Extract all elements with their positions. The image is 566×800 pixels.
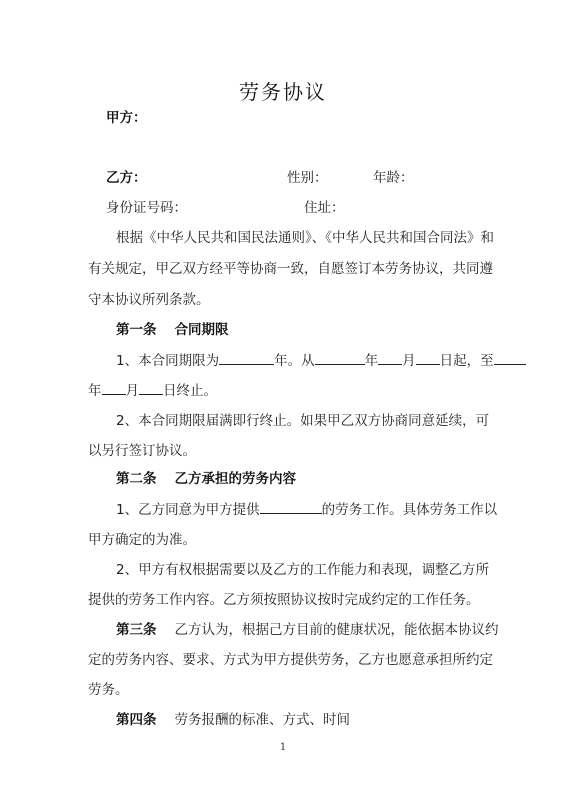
- page-number: 1: [0, 742, 566, 753]
- article-1-number: 第一条: [116, 322, 157, 338]
- article-2-clause-1-continuation: 甲方确定的为准。: [88, 528, 196, 548]
- end-month-blank[interactable]: [102, 382, 126, 395]
- article-1-title: 合同期限: [175, 322, 229, 338]
- start-year-blank[interactable]: [315, 352, 365, 365]
- article-2-number: 第二条: [116, 471, 157, 487]
- article-1-heading: 第一条合同期限: [116, 318, 229, 338]
- article-4-heading: 第四条劳务报酬的标准、方式、时间: [116, 708, 350, 728]
- article-3-line-3: 劳务。: [88, 678, 129, 698]
- preamble-line-1: 根据《中华人民共和国民法通则》、《中华人民共和国合同法》和: [116, 226, 494, 246]
- article-2-clause-1: 1、乙方同意为甲方提供的劳务工作。具体劳务工作以: [116, 498, 497, 518]
- article-2-clause-2-line-2: 提供的劳务工作内容。乙方须按照协议按时完成约定的工作任务。: [88, 588, 480, 608]
- article-1-clause-2-line-1: 2、本合同期限届满即行终止。如果甲乙双方协商同意延续，可: [116, 409, 489, 429]
- article-4-title: 劳务报酬的标准、方式、时间: [175, 712, 351, 728]
- article-3-line-1: 第三条乙方认为，根据己方目前的健康状况，能依据本协议约: [116, 618, 499, 638]
- article-3-line-2: 定的劳务内容、要求、方式为甲方提供劳务，乙方也愿意承担所约定: [88, 648, 493, 668]
- gender-label: 性别：: [287, 166, 328, 186]
- article-2-heading: 第二条乙方承担的劳务内容: [116, 467, 296, 487]
- end-year-blank[interactable]: [494, 352, 526, 365]
- start-month-blank[interactable]: [378, 352, 402, 365]
- party-a-label: 甲方：: [106, 106, 147, 126]
- article-2-title: 乙方承担的劳务内容: [175, 471, 297, 487]
- document-title: 劳务协议: [0, 76, 566, 105]
- preamble-line-2: 有关规定，甲乙双方经平等协商一致，自愿签订本劳务协议，共同遵: [88, 257, 493, 277]
- article-4-number: 第四条: [116, 712, 157, 728]
- party-b-label: 乙方：: [106, 166, 147, 186]
- service-type-blank[interactable]: [260, 501, 322, 514]
- preamble-line-3: 守本协议所列条款。: [88, 288, 210, 308]
- term-years-blank[interactable]: [219, 352, 274, 365]
- age-label: 年龄：: [373, 166, 414, 186]
- article-1-clause-1-continuation: 年月日终止。: [88, 379, 217, 399]
- address-label: 住址：: [304, 196, 345, 216]
- id-number-label: 身份证号码：: [106, 196, 187, 216]
- article-3-number: 第三条: [116, 622, 157, 638]
- article-1-clause-2-line-2: 以另行签订协议。: [88, 439, 196, 459]
- article-1-clause-1: 1、本合同期限为年。从年月日起，至: [116, 349, 526, 369]
- article-2-clause-2-line-1: 2、甲方有权根据需要以及乙方的工作能力和表现，调整乙方所: [116, 558, 489, 578]
- document-page: 劳务协议 甲方： 乙方： 性别： 年龄： 身份证号码： 住址： 根据《中华人民共…: [0, 0, 566, 800]
- start-day-blank[interactable]: [416, 352, 440, 365]
- end-day-blank[interactable]: [139, 382, 163, 395]
